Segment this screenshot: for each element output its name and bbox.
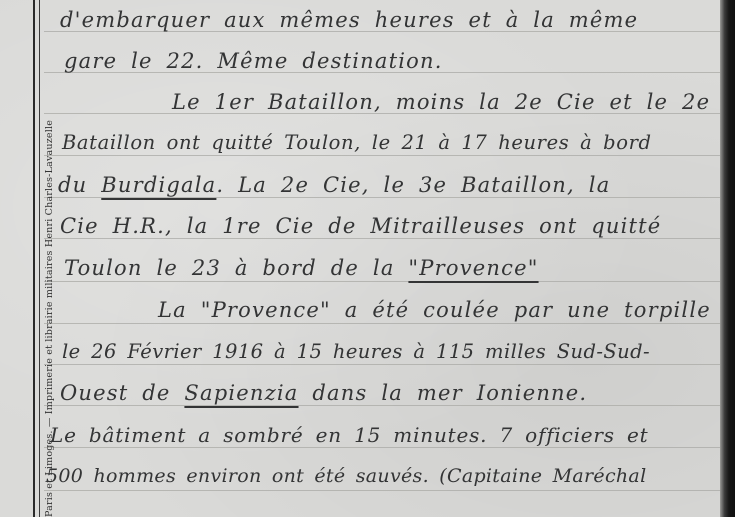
journal-page: Paris et Limoges. — Imprimerie et librai…	[0, 0, 735, 517]
handwritten-line-3: Le 1er Bataillon, moins la 2e Cie et le …	[172, 90, 710, 114]
handwritten-line-7: Toulon le 23 à bord de la "Provence"	[64, 256, 539, 280]
line-suffix: . La 2e Cie, le 3e Bataillon, la	[216, 173, 610, 197]
margin-rule-inner	[39, 0, 40, 517]
handwritten-line-12: 500 hommes environ ont été sauvés. (Capi…	[46, 465, 646, 487]
line-text: Le 1er Bataillon, moins la 2e Cie et le …	[172, 90, 710, 114]
ruled-line	[44, 238, 720, 239]
line-prefix: Toulon le 23 à bord de la	[64, 256, 408, 280]
line-text: 500 hommes environ ont été sauvés. (Capi…	[46, 465, 646, 487]
handwritten-line-5: du Burdigala. La 2e Cie, le 3e Bataillon…	[58, 173, 610, 197]
line-text: le 26 Février 1916 à 15 heures à 115 mil…	[62, 340, 650, 363]
ruled-line	[44, 364, 720, 365]
ship-name-burdigala: Burdigala	[101, 173, 216, 197]
ruled-line	[44, 197, 720, 198]
handwritten-line-4: Bataillon ont quitté Toulon, le 21 à 17 …	[62, 131, 652, 154]
ruled-line	[44, 490, 720, 491]
margin-rule-outer	[33, 0, 35, 517]
ruled-line	[44, 405, 720, 406]
ruled-line	[44, 281, 720, 282]
line-text: Cie H.R., la 1re Cie de Mitrailleuses on…	[60, 214, 661, 238]
line-text: gare le 22. Même destination.	[64, 49, 443, 73]
place-name-sapienzia: Sapienzia	[184, 381, 298, 405]
handwritten-line-1: d'embarquer aux mêmes heures et à la mêm…	[60, 8, 638, 32]
line-prefix: du	[58, 173, 101, 197]
handwritten-line-2: gare le 22. Même destination.	[64, 49, 443, 73]
line-text: Le bâtiment a sombré en 15 minutes. 7 of…	[50, 423, 649, 447]
line-suffix: dans la mer Ionienne.	[299, 381, 588, 405]
line-text: d'embarquer aux mêmes heures et à la mêm…	[60, 8, 638, 32]
ruled-line	[44, 447, 720, 448]
page-edge-shadow	[720, 0, 735, 517]
ruled-line	[44, 155, 720, 156]
line-prefix: Ouest de	[60, 381, 184, 405]
line-text: Bataillon ont quitté Toulon, le 21 à 17 …	[62, 131, 652, 154]
ship-name-provence: "Provence"	[408, 256, 538, 280]
line-text: La "Provence" a été coulée par une torpi…	[158, 298, 711, 322]
handwritten-line-10: Ouest de Sapienzia dans la mer Ionienne.	[60, 381, 587, 405]
handwritten-line-8: La "Provence" a été coulée par une torpi…	[158, 298, 711, 322]
ruled-line	[44, 323, 720, 324]
handwritten-line-9: le 26 Février 1916 à 15 heures à 115 mil…	[62, 340, 650, 363]
handwritten-line-11: Le bâtiment a sombré en 15 minutes. 7 of…	[50, 423, 649, 447]
handwritten-line-6: Cie H.R., la 1re Cie de Mitrailleuses on…	[60, 214, 661, 238]
